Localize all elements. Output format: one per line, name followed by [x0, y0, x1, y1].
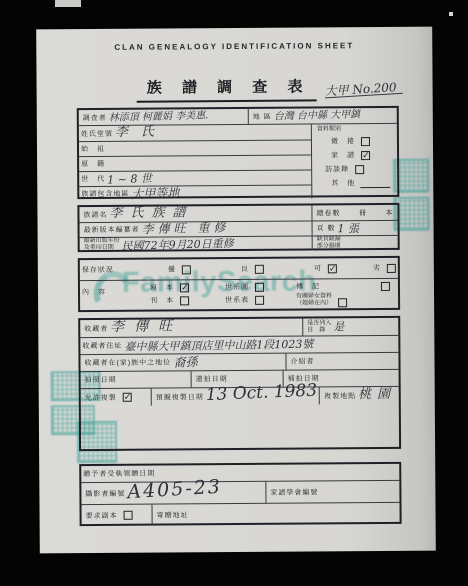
book-info-section: 族譜名 李氏族譜 總卷數 冊 本 最新版本編纂者 李傳旺 重修 頁 數 1 張 …: [77, 203, 399, 252]
copy-place-label: 複製地點: [322, 391, 358, 401]
condition-option: 可 ✓: [312, 263, 337, 273]
english-title: CLAN GENEALOGY IDENTIFICATION SHEET: [36, 41, 432, 53]
condition-fair-label: 可: [312, 263, 324, 273]
condition-excellent-label: 優: [166, 264, 178, 274]
condition-label: 保存狀況: [80, 265, 136, 275]
content-pedigree-chart-checkbox: [255, 282, 264, 291]
page-title: 族 譜 調 查 表: [137, 75, 317, 102]
photographer-number-value: A405-23: [127, 478, 223, 503]
holder-position-label: 收藏者在(家)族中之地位: [82, 357, 173, 368]
footer-section: 贈予者受執領贈日期 攝影者編號 A405-23 家譜學會編號 要求副本 寄贈地址: [79, 462, 401, 526]
origin-label: 原 籍: [79, 159, 107, 169]
copy-permission-checkbox: ✓: [123, 393, 132, 402]
scan-edge-notch: [55, 0, 81, 7]
content-pedigree-table-label: 世系表: [223, 295, 251, 305]
condition-content-section: 保存狀況 優 良 可 ✓ 劣 內 容 寫 本✓ 刊 本: [78, 256, 400, 312]
volumes-unit-ce: 冊: [357, 208, 369, 218]
material-genealogy-label: 家 譜: [329, 150, 357, 160]
surname-value: 李 氏: [115, 126, 154, 139]
content-pedigree-table-checkbox: [255, 295, 264, 304]
material-option: 微 捲: [329, 136, 394, 146]
content-women-label: 有關婦女資料（媳婦在內）: [294, 293, 334, 307]
material-interview-checkbox: [355, 165, 364, 174]
content-manuscript-checkbox: ✓: [180, 283, 189, 292]
investigator-label: 調查者: [81, 112, 109, 122]
content-manuscript-label: 寫 本: [148, 282, 176, 292]
pubdate-label: 最新出版年份及重印日期: [82, 238, 122, 252]
material-genealogy-checkbox: ✓: [361, 151, 370, 160]
material-type-column: 資料類別 微 捲 家 譜 ✓ 訪談錄 其 他: [312, 124, 398, 199]
catalog-listed-label: 是否列入目 錄: [305, 320, 333, 334]
planned-copy-date-label: 預擬複製日期: [154, 392, 206, 402]
copy-request-label: 要求副本: [84, 510, 120, 520]
compiler-value: 李傳旺 重修: [141, 221, 229, 235]
genealogy-title-label: 族譜名: [81, 209, 109, 219]
introducer-label: 介紹者: [288, 356, 316, 366]
condition-good-checkbox: [255, 264, 264, 273]
clan-fields-column: 姓氏堂號 李 氏 始 祖 原 籍 世 代 1 ~ 8 世 族譜包含地區: [79, 124, 313, 200]
planned-copy-date-value: 13 Oct. 1983: [205, 382, 317, 404]
condition-poor-label: 劣: [371, 263, 383, 273]
holder-section: 收藏者 李傳旺 是否列入目 錄 是 收藏者住址 臺中縣大甲鎮頂店里中山路1段10…: [78, 316, 401, 451]
surname-label: 姓氏堂號: [79, 128, 115, 138]
pages-label: 頁 數: [315, 223, 338, 233]
pubdate-value: 民國72年9月20日重修: [122, 238, 234, 252]
content-group-biography: 傳 記 有關婦女資料（媳婦在內）: [294, 281, 390, 308]
material-option: 其 他: [329, 178, 394, 188]
content-group-manuscript: 寫 本✓ 刊 本: [148, 282, 189, 305]
material-other-blank-line: [360, 178, 390, 187]
material-option: 家 譜 ✓: [329, 150, 394, 160]
material-interview-label: 訪談錄: [323, 164, 351, 174]
compiler-label: 最新版本編纂者: [82, 225, 142, 235]
region-cell: 地 區 台灣 台中縣 大甲鎮: [248, 108, 397, 124]
content-group-pedigree: 世系圖 世系表: [223, 282, 264, 305]
holder-position-value: 裔孫: [173, 356, 198, 369]
condition-option: 良: [239, 264, 264, 274]
copy-place-value: 桃園: [358, 387, 396, 400]
chinese-title-wrap: 族 譜 調 查 表: [107, 75, 347, 103]
holder-address-label: 收藏者住址: [80, 341, 124, 351]
region-value: 台灣 台中縣 大甲鎮: [274, 110, 361, 122]
region-label: 地 區: [251, 111, 274, 121]
material-option: 訪談錄: [323, 164, 394, 174]
genealogy-title-value: 李氏族譜: [109, 206, 193, 220]
condition-good-label: 良: [239, 264, 251, 274]
holder-label: 收藏者: [82, 323, 110, 333]
basic-info-section: 調查者 林添頂 柯麗娟 李美惠. 地 區 台灣 台中縣 大甲鎮 姓氏堂號 李 氏…: [77, 106, 400, 199]
coverage-label: 族譜包含地區: [79, 188, 131, 198]
scan-dust-speck: [449, 12, 453, 16]
copy-permission-label: 允許複製: [83, 392, 119, 402]
mailing-address-label: 寄贈地址: [155, 510, 191, 520]
content-pedigree-chart-label: 世系圖: [223, 282, 251, 292]
investigator-cell: 調查者 林添頂 柯麗娟 李美惠.: [79, 109, 248, 125]
generations-value: 1 ~ 8 世: [107, 172, 152, 185]
generations-label: 世 代: [79, 174, 107, 184]
content-biography-label: 傳 記: [294, 281, 322, 291]
total-volumes-label: 總卷數: [314, 208, 342, 218]
condition-fair-checkbox: ✓: [328, 264, 337, 273]
holder-value: 李傳旺: [110, 319, 182, 334]
condition-excellent-checkbox: [182, 265, 191, 274]
society-number-label: 家譜學會編號: [268, 487, 320, 497]
catalog-listed-value: 是: [333, 321, 344, 332]
scanned-genealogy-sheet: CLAN GENEALOGY IDENTIFICATION SHEET 族 譜 …: [36, 27, 436, 554]
content-biography-checkbox: [381, 281, 390, 290]
condition-option: 劣: [371, 263, 396, 273]
coverage-value: 大甲等地: [131, 186, 179, 200]
material-other-label: 其 他: [329, 178, 357, 188]
content-printed-checkbox: [180, 296, 189, 305]
investigator-value: 林添頂 柯麗娟 李美惠.: [109, 111, 209, 123]
holder-address-value: 臺中縣大甲鎮頂店里中山路1段1023號: [124, 338, 313, 352]
content-printed-label: 刊 本: [148, 295, 176, 305]
material-microfilm-label: 微 捲: [329, 136, 357, 146]
content-women-checkbox: [338, 298, 347, 307]
photo-date-label: 拍照日期: [83, 375, 119, 385]
grant-date-label: 贈予者受執領贈日期: [81, 469, 157, 480]
photographer-number-label: 攝影者編號: [83, 488, 127, 498]
pages-value: 1 張: [337, 223, 359, 234]
material-type-label: 資料類別: [315, 126, 394, 134]
first-ancestor-label: 始 祖: [79, 144, 107, 154]
sheet-number: 大甲 No.200: [324, 81, 403, 99]
condition-poor-checkbox: [387, 263, 396, 272]
damage-label: 缺頁缺漏部分損壞: [315, 236, 343, 250]
condition-option: 優: [166, 264, 191, 274]
copy-request-checkbox: [124, 511, 133, 520]
material-microfilm-checkbox: [361, 137, 370, 146]
content-label: 內 容: [80, 287, 136, 297]
rephoto-date-label: 還拍日期: [194, 374, 230, 384]
volumes-unit-ben: 本: [383, 207, 395, 217]
